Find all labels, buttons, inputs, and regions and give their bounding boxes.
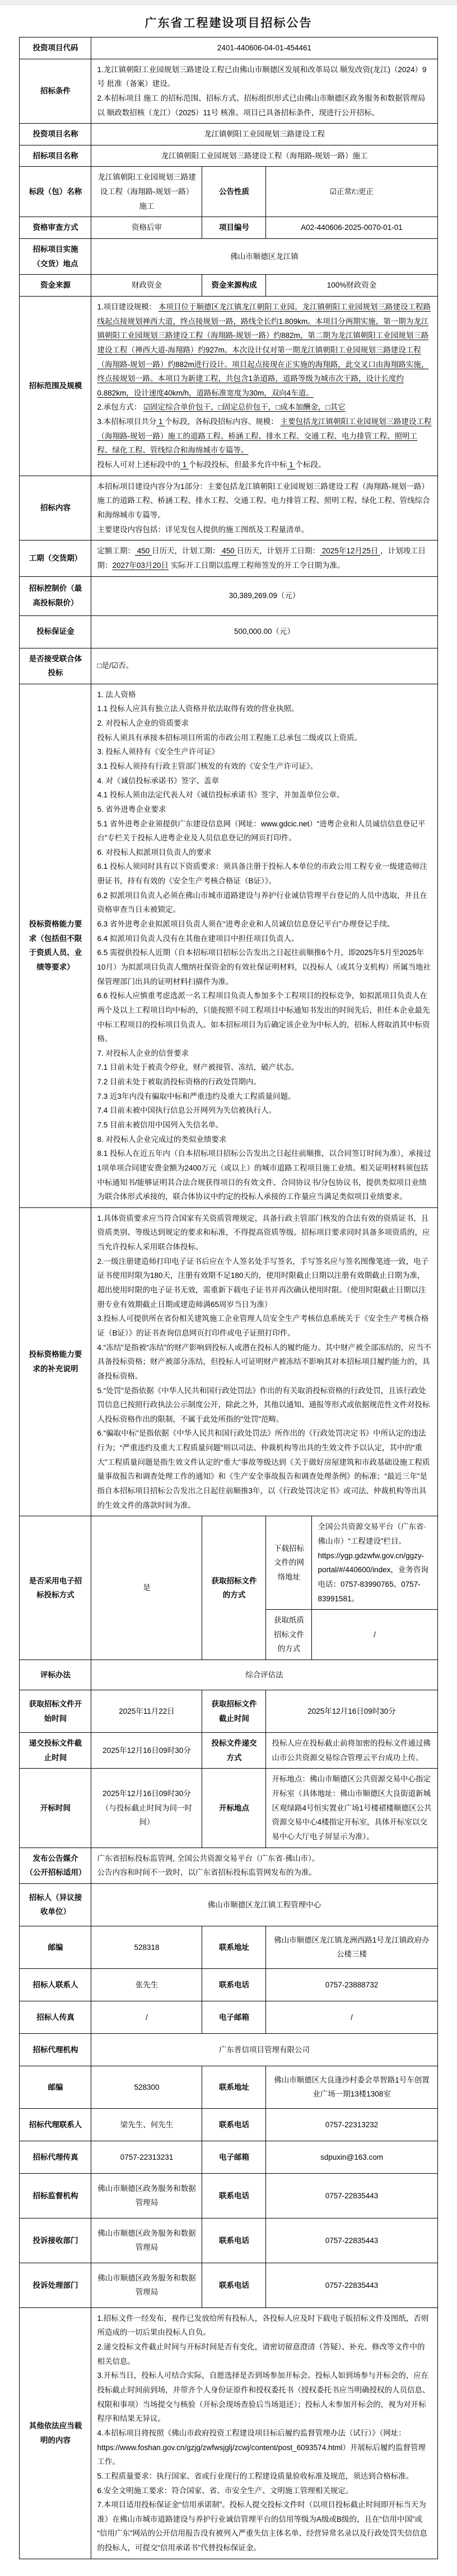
supervisor-label: 招标监督机构 [20, 2173, 91, 2218]
qualification-supplement-label: 投标资格能力要求的补充说明 [20, 1207, 91, 1516]
project-code-label: 投资项目代码 [20, 37, 91, 59]
row-submit: 递交投标文件截止时间 2025年12月16日09时30分 投标文件递交方式 投标… [20, 1733, 437, 1769]
tenderer-label: 招标人（异议接收单位） [20, 1883, 91, 1926]
duration-value: 定额工期： 450 日历天，计划工期： 450 日历天，计划开工日期： 2025… [91, 540, 437, 576]
row-announce-media: 发布公告媒介（公开招标适用） 广东省招标投标监管网, 全国公共资源交易平台（广东… [20, 1848, 437, 1883]
notice-nature-value: ☑正常/□更正 [266, 167, 437, 217]
row-agency-contact: 招标代理联系人 梁先生、何先生 联系电话 0757-22313232 [20, 2108, 437, 2141]
tenderer-address-label: 联系地址 [202, 1926, 266, 1968]
control-price-label: 招标控制价（最高投标限价） [20, 576, 91, 615]
tender-content-value: 本招标项目建设内容分为1部分：主要包括龙江镇朝阳工业园规划三路建设工程（海翔路-… [91, 476, 437, 540]
download-url-label: 下载招标文件的网络地址 [266, 1516, 312, 1610]
row-complaint-handle: 投诉处理部门 佛山市顺德区政务服务和数据管理局 联系电话 0757-228354… [20, 2263, 437, 2307]
paper-method-value: / [312, 1610, 437, 1660]
invest-project-name-label: 投资项目名称 [20, 124, 91, 145]
tenderer-contact-label: 招标人联系人 [20, 1968, 91, 2001]
tender-conditions-value: 1.龙江镇朝阳工业园规划三路建设工程已由佛山市顺德区发展和改革局以 顺发改资(龙… [91, 59, 437, 124]
row-implement-location: 招标项目实施（交货）地点 佛山市顺德区龙江镇 [20, 239, 437, 275]
consortium-value: □是/☑否。 [91, 648, 437, 684]
evaluation-method-label: 评标办法 [20, 1660, 91, 1690]
obtain-method-label: 获取招标文件的方式 [202, 1516, 266, 1660]
qualification-requirements-label: 投标资格能力要求（包括但不限于资质人员、业绩等要求） [20, 684, 91, 1207]
complaint-receive-label: 投诉接收部门 [20, 2218, 91, 2263]
consortium-label: 是否接受联合体投标 [20, 648, 91, 684]
submit-method-value: 投标人应在投标截止前将加密的投标文件通过佛山市公共资源交易综合管理云平台成功上传… [266, 1733, 437, 1769]
opening-place-value: 开标地点：佛山市顺德区公共资源交易中心指定开标室（具体地址：佛山市顺德区大良街道… [266, 1769, 437, 1848]
tenderer-contact-value: 张先生 [91, 1968, 202, 2001]
obtain-start-label: 获取招标文件开始时间 [20, 1690, 91, 1733]
project-number-label: 项目编号 [202, 217, 266, 239]
tenderer-address-value: 佛山市顺德区龙江镇龙洲西路1号龙江镇政府办公楼三楼 [266, 1926, 437, 1968]
opening-place-label: 开标地点 [202, 1769, 266, 1848]
obtain-end-label: 获取招标文件截止时间 [202, 1690, 266, 1733]
row-agency-fax: 招标代理传真 0757-22313231 电子邮箱 sdpuxin@163.co… [20, 2141, 437, 2173]
agency-address-label: 联系地址 [202, 2066, 266, 2108]
tenderer-phone-value: 0757-23888732 [266, 1968, 437, 2001]
tender-content-label: 招标内容 [20, 476, 91, 540]
row-bid-bond: 投标保证金 500,000.00（元） [20, 615, 437, 648]
implement-location-value: 佛山市顺德区龙江镇 [91, 239, 437, 275]
agency-fax-value: 0757-22313231 [91, 2141, 202, 2173]
bid-bond-label: 投标保证金 [20, 615, 91, 648]
fund-composition-label: 资金来源构成 [202, 275, 266, 297]
tenderer-email-value: / [266, 2001, 437, 2033]
row-tender-conditions: 招标条件 1.龙江镇朝阳工业园规划三路建设工程已由佛山市顺德区发展和改革局以 顺… [20, 59, 437, 124]
row-control-price: 招标控制价（最高投标限价） 30,389,269.09（元） [20, 576, 437, 615]
row-consortium: 是否接受联合体投标 □是/☑否。 [20, 648, 437, 684]
tender-conditions-label: 招标条件 [20, 59, 91, 124]
row-obtain-time: 获取招标文件开始时间 2025年11月22日 获取招标文件截止时间 2025年1… [20, 1690, 437, 1733]
invest-project-name-value: 龙江镇朝阳工业园规划三路建设工程 [91, 124, 437, 145]
agency-phone-label: 联系电话 [202, 2108, 266, 2141]
row-tender-project-name: 招标项目名称 龙江镇朝阳工业园规划三路建设工程（海翔路-规划一路）施工 [20, 145, 437, 167]
submit-deadline-label: 递交投标文件截止时间 [20, 1733, 91, 1769]
fund-source-value: 财政资金 [91, 275, 202, 297]
row-qualification-requirements: 投标资格能力要求（包括但不限于资质人员、业绩等要求） 1. 法人资格 1.1 投… [20, 684, 437, 1207]
agency-contact-label: 招标代理联系人 [20, 2108, 91, 2141]
complaint-handle-value: 佛山市顺德区政务服务和数据管理局 [91, 2263, 202, 2307]
tenderer-postcode-label: 邮编 [20, 1926, 91, 1968]
row-qualification-supplement: 投标资格能力要求的补充说明 1.具体资质要求应当符合国家有关资质管理规定，具备行… [20, 1207, 437, 1516]
tenderer-email-label: 电子邮箱 [202, 2001, 266, 2033]
complaint-handle-phone-value: 0757-22835443 [266, 2263, 437, 2307]
qualification-review-value: 资格后审 [91, 217, 202, 239]
complaint-handle-phone-label: 联系电话 [202, 2263, 266, 2307]
download-url-value: 全国公共资源交易平台（广东省·佛山市）“工程建设”栏目。https://ygp.… [312, 1516, 437, 1610]
row-evaluation-method: 评标办法 综合评估法 [20, 1660, 437, 1690]
opening-time-label: 开标时间 [20, 1769, 91, 1848]
row-tenderer-fax: 招标人传真 / 电子邮箱 / [20, 2001, 437, 2033]
row-other-content: 其他依法应当载明的内容 1.招标文件一经发布，视作已发放给所有投标人，各投标人应… [20, 2307, 437, 2559]
tender-announcement-table: 投资项目代码 2401-440606-04-01-454461 招标条件 1.龙… [19, 37, 437, 2559]
qualification-review-label: 资格审查方式 [20, 217, 91, 239]
row-tenderer: 招标人（异议接收单位） 佛山市顺德区龙江镇工程管理中心 [20, 1883, 437, 1926]
project-number-value: A02-440606-2025-0070-01-01 [266, 217, 437, 239]
evaluation-method-value: 综合评估法 [91, 1660, 437, 1690]
scope-scale-label: 招标范围及规模 [20, 296, 91, 476]
supervisor-phone-label: 联系电话 [202, 2173, 266, 2218]
obtain-end-value: 2025年12月16日09时30分 [266, 1690, 437, 1733]
complaint-receive-phone-label: 联系电话 [202, 2218, 266, 2263]
agency-contact-value: 梁先生、何先生 [91, 2108, 202, 2141]
row-fund-source: 资金来源 财政资金 资金来源构成 100%财政资金 [20, 275, 437, 297]
row-complaint-receive: 投诉接收部门 佛山市顺德区政务服务和数据管理局 联系电话 0757-228354… [20, 2218, 437, 2263]
notice-nature-label: 公告性质 [202, 167, 266, 217]
row-section-name: 标段（包）名称 龙江镇朝阳工业园规划三路建设工程（海翔路-规划一路）施工 公告性… [20, 167, 437, 217]
row-opening: 开标时间 2025年12月16日09时30分（与投标截止时间为同一时间） 开标地… [20, 1769, 437, 1848]
tenderer-fax-label: 招标人传真 [20, 2001, 91, 2033]
complaint-receive-value: 佛山市顺德区政务服务和数据管理局 [91, 2218, 202, 2263]
agency-phone-value: 0757-22313232 [266, 2108, 437, 2141]
tenderer-postcode-value: 528318 [91, 1926, 202, 1968]
fund-composition-value: 100%财政资金 [266, 275, 437, 297]
agency-label: 招标代理机构 [20, 2033, 91, 2066]
duration-label: 工期（交货期） [20, 540, 91, 576]
row-e-bidding: 是否采用电子招标投标方式 是 获取招标文件的方式 下载招标文件的网络地址 全国公… [20, 1516, 437, 1610]
row-scope-scale: 招标范围及规模 1.项目建设规模： 本项目位于顺德区龙江镇龙江朝阳工业园。龙江镇… [20, 296, 437, 476]
control-price-value: 30,389,269.09（元） [91, 576, 437, 615]
e-bidding-value: 是 [91, 1516, 202, 1660]
qualification-requirements-value: 1. 法人资格 1.1 投标人应具有独立法人资格并依法取得有效的营业执照。 2.… [91, 684, 437, 1207]
page-title: 广东省工程建设项目招标公告 [0, 14, 457, 31]
tenderer-value: 佛山市顺德区龙江镇工程管理中心 [91, 1883, 437, 1926]
agency-value: 广东普信项目管理有限公司 [91, 2033, 437, 2066]
agency-postcode-value: 528300 [91, 2066, 202, 2108]
row-tenderer-contact: 招标人联系人 张先生 联系电话 0757-23888732 [20, 1968, 437, 2001]
e-bidding-label: 是否采用电子招标投标方式 [20, 1516, 91, 1660]
tenderer-phone-label: 联系电话 [202, 1968, 266, 2001]
row-project-code: 投资项目代码 2401-440606-04-01-454461 [20, 37, 437, 59]
other-content-value: 1.招标文件一经发布，视作已发放给所有投标人，各投标人应及时下载电子版招标文件及… [91, 2307, 437, 2559]
submit-method-label: 投标文件递交方式 [202, 1733, 266, 1769]
agency-postcode-label: 邮编 [20, 2066, 91, 2108]
qualification-supplement-value: 1.具体资质要求应当符合国家有关资质管理规定，具备行政主管部门核发的合法有效的资… [91, 1207, 437, 1516]
row-tender-content: 招标内容 本招标项目建设内容分为1部分：主要包括龙江镇朝阳工业园规划三路建设工程… [20, 476, 437, 540]
agency-email-label: 电子邮箱 [202, 2141, 266, 2173]
row-agency: 招标代理机构 广东普信项目管理有限公司 [20, 2033, 437, 2066]
row-invest-project-name: 投资项目名称 龙江镇朝阳工业园规划三路建设工程 [20, 124, 437, 145]
supervisor-value: 佛山市顺德区政务服务和数据管理局 [91, 2173, 202, 2218]
supervisor-phone-value: 0757-22835443 [266, 2173, 437, 2218]
row-supervisor: 招标监督机构 佛山市顺德区政务服务和数据管理局 联系电话 0757-228354… [20, 2173, 437, 2218]
agency-email-value: sdpuxin@163.com [266, 2141, 437, 2173]
opening-time-value: 2025年12月16日09时30分（与投标截止时间为同一时间） [91, 1769, 202, 1848]
row-duration: 工期（交货期） 定额工期： 450 日历天，计划工期： 450 日历天，计划开工… [20, 540, 437, 576]
tender-announcement-page: 广东省工程建设项目招标公告 投资项目代码 2401-440606-04-01-4… [0, 0, 457, 2559]
paper-method-label: 获取纸质招标文件的方式 [266, 1610, 312, 1660]
obtain-start-value: 2025年11月22日 [91, 1690, 202, 1733]
section-name-value: 龙江镇朝阳工业园规划三路建设工程（海翔路-规划一路）施工 [91, 167, 202, 217]
announce-media-value: 广东省招标投标监管网, 全国公共资源交易平台（广东省·佛山市）。 公告内容和时间… [91, 1848, 437, 1883]
scope-scale-value: 1.项目建设规模： 本项目位于顺德区龙江镇龙江朝阳工业园。龙江镇朝阳工业园规划三… [91, 296, 437, 476]
tender-project-name-value: 龙江镇朝阳工业园规划三路建设工程（海翔路-规划一路）施工 [91, 145, 437, 167]
fund-source-label: 资金来源 [20, 275, 91, 297]
announce-media-label: 发布公告媒介（公开招标适用） [20, 1848, 91, 1883]
section-name-label: 标段（包）名称 [20, 167, 91, 217]
submit-deadline-value: 2025年12月16日09时30分 [91, 1733, 202, 1769]
other-content-label: 其他依法应当载明的内容 [20, 2307, 91, 2559]
complaint-receive-phone-value: 0757-22835443 [266, 2218, 437, 2263]
top-bar [0, 0, 457, 5]
row-tenderer-postcode: 邮编 528318 联系地址 佛山市顺德区龙江镇龙洲西路1号龙江镇政府办公楼三楼 [20, 1926, 437, 1968]
implement-location-label: 招标项目实施（交货）地点 [20, 239, 91, 275]
tender-project-name-label: 招标项目名称 [20, 145, 91, 167]
complaint-handle-label: 投诉处理部门 [20, 2263, 91, 2307]
bid-bond-value: 500,000.00（元） [91, 615, 437, 648]
agency-address-value: 佛山市顺德区大良逢沙村委会萃智路1号车创置业广场一期13楼1308室 [266, 2066, 437, 2108]
agency-fax-label: 招标代理传真 [20, 2141, 91, 2173]
tenderer-fax-value: / [91, 2001, 202, 2033]
project-code-value: 2401-440606-04-01-454461 [91, 37, 437, 59]
row-qualification-review: 资格审查方式 资格后审 项目编号 A02-440606-2025-0070-01… [20, 217, 437, 239]
